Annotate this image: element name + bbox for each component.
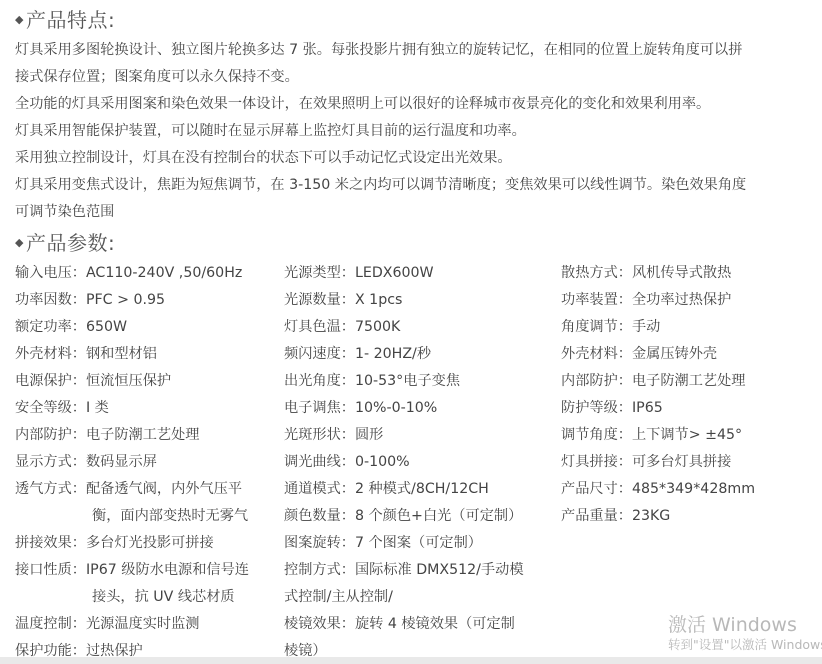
spec-row: 电子调焦：10%-0-10% [284,395,437,422]
spec-value: 485*349*428mm [632,481,755,497]
windows-activation-watermark: 激活 Windows 转到"设置"以激活 Windows。 [668,613,822,653]
spec-label: 电子调焦： [284,400,355,416]
spec-row: 棱镜效果：旋转 4 棱镜效果（可定制 [284,611,515,638]
spec-row: 光源类型：LEDX600W [284,260,434,287]
spec-value: IP65 [632,400,663,416]
spec-value: LEDX600W [355,265,434,281]
spec-row: 产品重量：23KG [561,503,670,530]
spec-label: 拼接效果： [15,535,86,551]
spec-value: 10-53°电子变焦 [355,373,460,389]
spec-label: 额定功率： [15,319,86,335]
spec-label: 棱镜效果： [284,616,355,632]
spec-label: 通道模式： [284,481,355,497]
spec-value: 国际标准 DMX512/手动模 [355,562,524,578]
spec-label: 产品尺寸： [561,481,632,497]
spec-row: 内部防护：电子防潮工艺处理 [15,422,199,449]
spec-value: 圆形 [355,427,383,443]
spec-value: 数码显示屏 [86,454,157,470]
spec-value: X 1pcs [355,292,402,308]
spec-row: 接口性质：IP67 级防水电源和信号连 [15,557,249,584]
spec-value: 2 种模式/8CH/12CH [355,481,489,497]
spec-row: 灯具拼接：可多台灯具拼接 [561,449,731,476]
bottom-edge-bar [0,657,822,664]
spec-value: 风机传导式散热 [632,265,731,281]
spec-value: 全功率过热保护 [632,292,731,308]
spec-label: 调节角度： [561,427,632,443]
spec-value: AC110-240V ,50/60Hz [86,265,242,281]
spec-value: 配备透气阀，内外气压平 [86,481,242,497]
spec-label: 外壳材料： [15,346,86,362]
spec-value-continued: 式控制/主从控制/ [284,584,393,611]
diamond-bullet-icon: ◆ [15,230,24,256]
params-heading: ◆产品参数: [15,230,115,256]
spec-label: 图案旋转： [284,535,355,551]
feature-line: 灯具采用变焦式设计，焦距为短焦调节，在 3-150 米之内均可以调节清晰度；变焦… [15,172,815,199]
spec-row: 防护等级：IP65 [561,395,663,422]
spec-row: 安全等级：I 类 [15,395,109,422]
spec-row: 通道模式：2 种模式/8CH/12CH [284,476,489,503]
spec-label: 光源数量： [284,292,355,308]
spec-label: 显示方式： [15,454,86,470]
spec-label: 控制方式： [284,562,355,578]
spec-row: 调节角度：上下调节> ±45° [561,422,742,449]
spec-label: 输入电压： [15,265,86,281]
diamond-bullet-icon: ◆ [15,7,24,33]
spec-label: 调光曲线： [284,454,355,470]
spec-label: 颜色数量： [284,508,355,524]
spec-row: 控制方式：国际标准 DMX512/手动模 [284,557,524,584]
watermark-subtitle: 转到"设置"以激活 Windows。 [668,637,822,653]
feature-line: 采用独立控制设计，灯具在没有控制台的状态下可以手动记忆式设定出光效果。 [15,145,815,172]
spec-value-continued: 衡，面内部变热时无雾气 [92,503,248,530]
spec-label: 灯具色温： [284,319,355,335]
spec-row: 透气方式：配备透气阀，内外气压平 [15,476,242,503]
spec-row: 拼接效果：多台灯光投影可拼接 [15,530,214,557]
spec-row: 电源保护：恒流恒压保护 [15,368,171,395]
features-heading: ◆产品特点: [15,7,115,33]
spec-value: 光源温度实时监测 [86,616,200,632]
spec-label: 内部防护： [561,373,632,389]
spec-row: 输入电压：AC110-240V ,50/60Hz [15,260,242,287]
spec-row: 内部防护：电子防潮工艺处理 [561,368,745,395]
spec-row: 角度调节：手动 [561,314,660,341]
spec-value: 上下调节> ±45° [632,427,742,443]
spec-value: 8 个颜色+白光（可定制） [355,508,522,524]
spec-row: 外壳材料：金属压铸外壳 [561,341,717,368]
features-title: 产品特点: [26,8,115,32]
spec-value: 多台灯光投影可拼接 [86,535,214,551]
spec-label: 透气方式： [15,481,86,497]
feature-line: 灯具采用智能保护装置，可以随时在显示屏幕上监控灯具目前的运行温度和功率。 [15,118,815,145]
spec-label: 频闪速度： [284,346,355,362]
spec-label: 功率因数： [15,292,86,308]
spec-label: 灯具拼接： [561,454,632,470]
feature-line: 可调节染色范围 [15,199,815,226]
spec-row: 图案旋转：7 个图案（可定制） [284,530,482,557]
spec-row: 光斑形状：圆形 [284,422,383,449]
spec-label: 产品重量： [561,508,632,524]
spec-value: 0-100% [355,454,410,470]
spec-row: 产品尺寸：485*349*428mm [561,476,755,503]
spec-label: 光斑形状： [284,427,355,443]
spec-label: 电源保护： [15,373,86,389]
spec-value: 1- 20HZ/秒 [355,346,431,362]
spec-row: 频闪速度：1- 20HZ/秒 [284,341,431,368]
spec-value: 旋转 4 棱镜效果（可定制 [355,616,515,632]
spec-row: 出光角度：10-53°电子变焦 [284,368,460,395]
spec-value: I 类 [86,400,109,416]
spec-row: 调光曲线：0-100% [284,449,410,476]
spec-value: 电子防潮工艺处理 [86,427,200,443]
spec-label: 接口性质： [15,562,86,578]
spec-row: 温度控制：光源温度实时监测 [15,611,199,638]
spec-label: 散热方式： [561,265,632,281]
spec-label: 安全等级： [15,400,86,416]
spec-label: 温度控制： [15,616,86,632]
watermark-title: 激活 Windows [668,613,822,637]
feature-line: 全功能的灯具采用图案和染色效果一体设计，在效果照明上可以很好的诠释城市夜景亮化的… [15,91,815,118]
spec-label: 防护等级： [561,400,632,416]
spec-value-continued: 接头，抗 UV 线芯材质 [92,584,235,611]
spec-value: 650W [86,319,127,335]
spec-row: 显示方式：数码显示屏 [15,449,157,476]
spec-row: 灯具色温：7500K [284,314,400,341]
spec-value: 7500K [355,319,400,335]
spec-row: 外壳材料：钢和型材铝 [15,341,157,368]
spec-value: 可多台灯具拼接 [632,454,731,470]
spec-value: 手动 [632,319,660,335]
spec-value: 电子防潮工艺处理 [632,373,746,389]
spec-label: 外壳材料： [561,346,632,362]
spec-label: 内部防护： [15,427,86,443]
spec-label: 角度调节： [561,319,632,335]
spec-value: 钢和型材铝 [86,346,157,362]
spec-label: 功率装置： [561,292,632,308]
spec-value: 7 个图案（可定制） [355,535,482,551]
spec-row: 颜色数量：8 个颜色+白光（可定制） [284,503,522,530]
spec-value: IP67 级防水电源和信号连 [86,562,249,578]
spec-row: 功率装置：全功率过热保护 [561,287,731,314]
spec-row: 功率因数：PFC > 0.95 [15,287,165,314]
spec-value: 10%-0-10% [355,400,437,416]
feature-line: 灯具采用多图轮换设计、独立图片轮换多达 7 张。每张投影片拥有独立的旋转记忆，在… [15,37,815,64]
spec-label: 光源类型： [284,265,355,281]
spec-value: PFC > 0.95 [86,292,165,308]
spec-value: 恒流恒压保护 [86,373,171,389]
spec-value: 金属压铸外壳 [632,346,717,362]
spec-value: 23KG [632,508,670,524]
spec-label: 出光角度： [284,373,355,389]
spec-row: 额定功率：650W [15,314,127,341]
feature-line: 接式保存位置；图案角度可以永久保持不变。 [15,64,815,91]
spec-row: 光源数量：X 1pcs [284,287,402,314]
params-title: 产品参数: [26,231,115,255]
product-page: ◆产品特点: 灯具采用多图轮换设计、独立图片轮换多达 7 张。每张投影片拥有独立… [0,0,822,657]
spec-row: 散热方式：风机传导式散热 [561,260,731,287]
